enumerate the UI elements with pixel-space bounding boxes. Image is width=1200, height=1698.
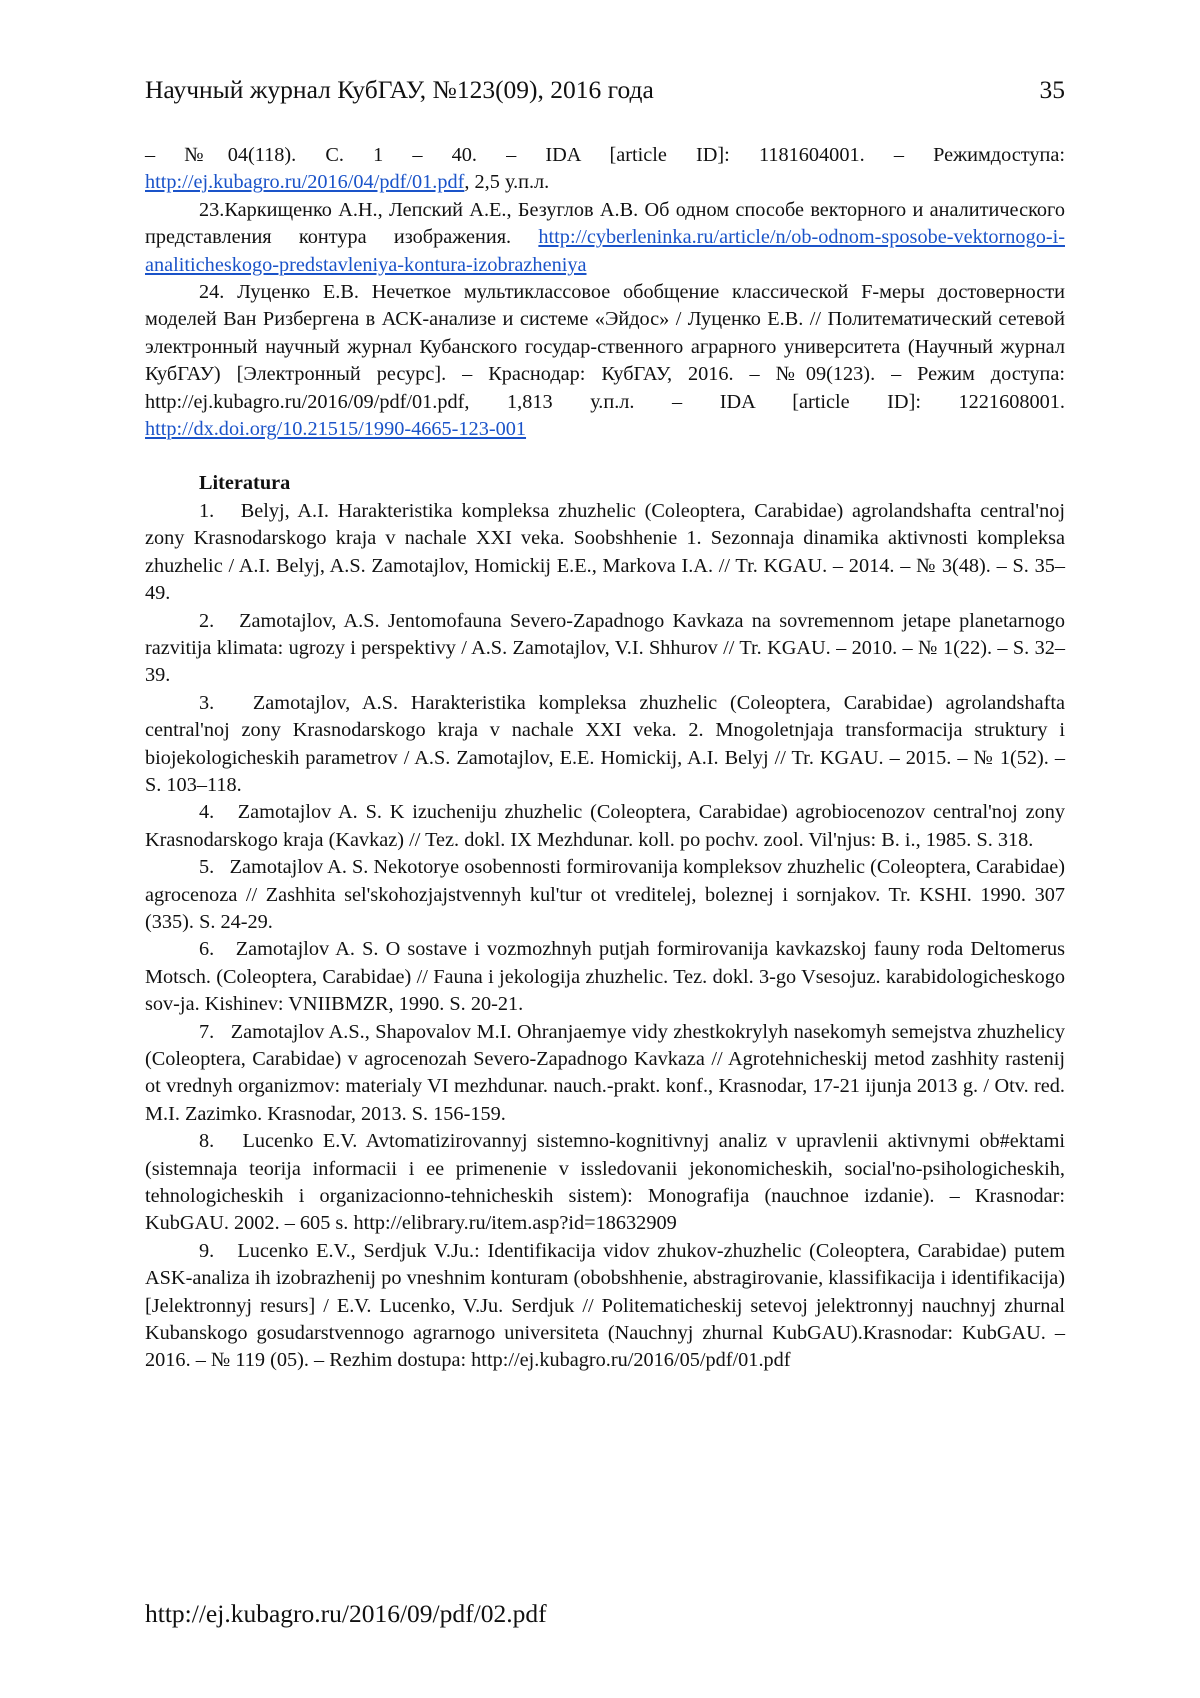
reference-number: 7.: [199, 1021, 214, 1043]
page-number: 35: [1040, 74, 1066, 106]
reference-text: Луценко Е.В. Нечеткое мультиклассовое об…: [145, 281, 1065, 413]
footer-url[interactable]: http://ej.kubagro.ru/2016/09/pdf/02.pdf: [145, 1599, 547, 1628]
reference-text: Belyj, A.I. Harakteristika kompleksa zhu…: [145, 500, 1065, 604]
reference-number: 6.: [199, 938, 214, 960]
reference-tail: , 2,5 у.п.л.: [464, 171, 549, 193]
literatura-item: 4. Zamotajlov A. S. K izucheniju zhuzhel…: [145, 799, 1065, 854]
reference-continuation: – №04(118). С. 1 – 40. – IDA [article ID…: [145, 142, 1065, 197]
reference-link[interactable]: http://ej.kubagro.ru/2016/04/pdf/01.pdf: [145, 171, 464, 193]
page-footer: http://ej.kubagro.ru/2016/09/pdf/02.pdf: [145, 1598, 547, 1630]
literatura-list: 1. Belyj, A.I. Harakteristika kompleksa …: [145, 498, 1065, 1375]
literatura-item: 3. Zamotajlov, A.S. Harakteristika kompl…: [145, 690, 1065, 800]
page-content: – №04(118). С. 1 – 40. – IDA [article ID…: [145, 142, 1065, 1375]
reference-number: 9.: [199, 1240, 214, 1262]
reference-24: 24. Луценко Е.В. Нечеткое мультиклассово…: [145, 279, 1065, 443]
page-header: Научный журнал КубГАУ, №123(09), 2016 го…: [145, 74, 1065, 106]
literatura-item: 8. Lucenko E.V. Avtomatizirovannyj siste…: [145, 1128, 1065, 1238]
reference-number: 24.: [199, 281, 224, 303]
reference-number: 3.: [199, 692, 214, 714]
reference-number: 23.: [199, 199, 224, 221]
reference-text: Zamotajlov A. S. O sostave i vozmozhnyh …: [145, 938, 1065, 1015]
reference-text: – №04(118). С. 1 – 40. – IDA [article ID…: [145, 144, 1065, 166]
literatura-item: 2. Zamotajlov, A.S. Jentomofauna Severo-…: [145, 608, 1065, 690]
reference-text: Zamotajlov, A.S. Jentomofauna Severo-Zap…: [145, 610, 1065, 687]
literatura-item: 5. Zamotajlov A. S. Nekotorye osobennost…: [145, 854, 1065, 936]
literatura-item: 1. Belyj, A.I. Harakteristika kompleksa …: [145, 498, 1065, 608]
reference-number: 1.: [199, 500, 214, 522]
literatura-item: 9. Lucenko E.V., Serdjuk V.Ju.: Identifi…: [145, 1238, 1065, 1375]
journal-title: Научный журнал КубГАУ, №123(09), 2016 го…: [145, 74, 654, 106]
reference-text: Zamotajlov A.S., Shapovalov M.I. Ohranja…: [145, 1021, 1065, 1125]
reference-text: Zamotajlov A. S. Nekotorye osobennosti f…: [145, 856, 1065, 933]
section-title-literatura: Literatura: [145, 470, 1065, 497]
reference-text: Zamotajlov A. S. K izucheniju zhuzhelic …: [145, 801, 1065, 850]
reference-number: 8.: [199, 1130, 214, 1152]
reference-number: 2.: [199, 610, 214, 632]
reference-text: Zamotajlov, A.S. Harakteristika kompleks…: [145, 692, 1065, 796]
reference-number: 5.: [199, 856, 214, 878]
reference-text: Lucenko E.V. Avtomatizirovannyj sistemno…: [145, 1130, 1065, 1234]
reference-23: 23.Каркищенко А.Н., Лепский А.Е., Безугл…: [145, 197, 1065, 279]
reference-text: Lucenko E.V., Serdjuk V.Ju.: Identifikac…: [145, 1240, 1065, 1372]
literatura-item: 7. Zamotajlov A.S., Shapovalov M.I. Ohra…: [145, 1019, 1065, 1129]
reference-number: 4.: [199, 801, 214, 823]
reference-link[interactable]: http://dx.doi.org/10.21515/1990-4665-123…: [145, 418, 526, 440]
literatura-item: 6. Zamotajlov A. S. O sostave i vozmozhn…: [145, 936, 1065, 1018]
